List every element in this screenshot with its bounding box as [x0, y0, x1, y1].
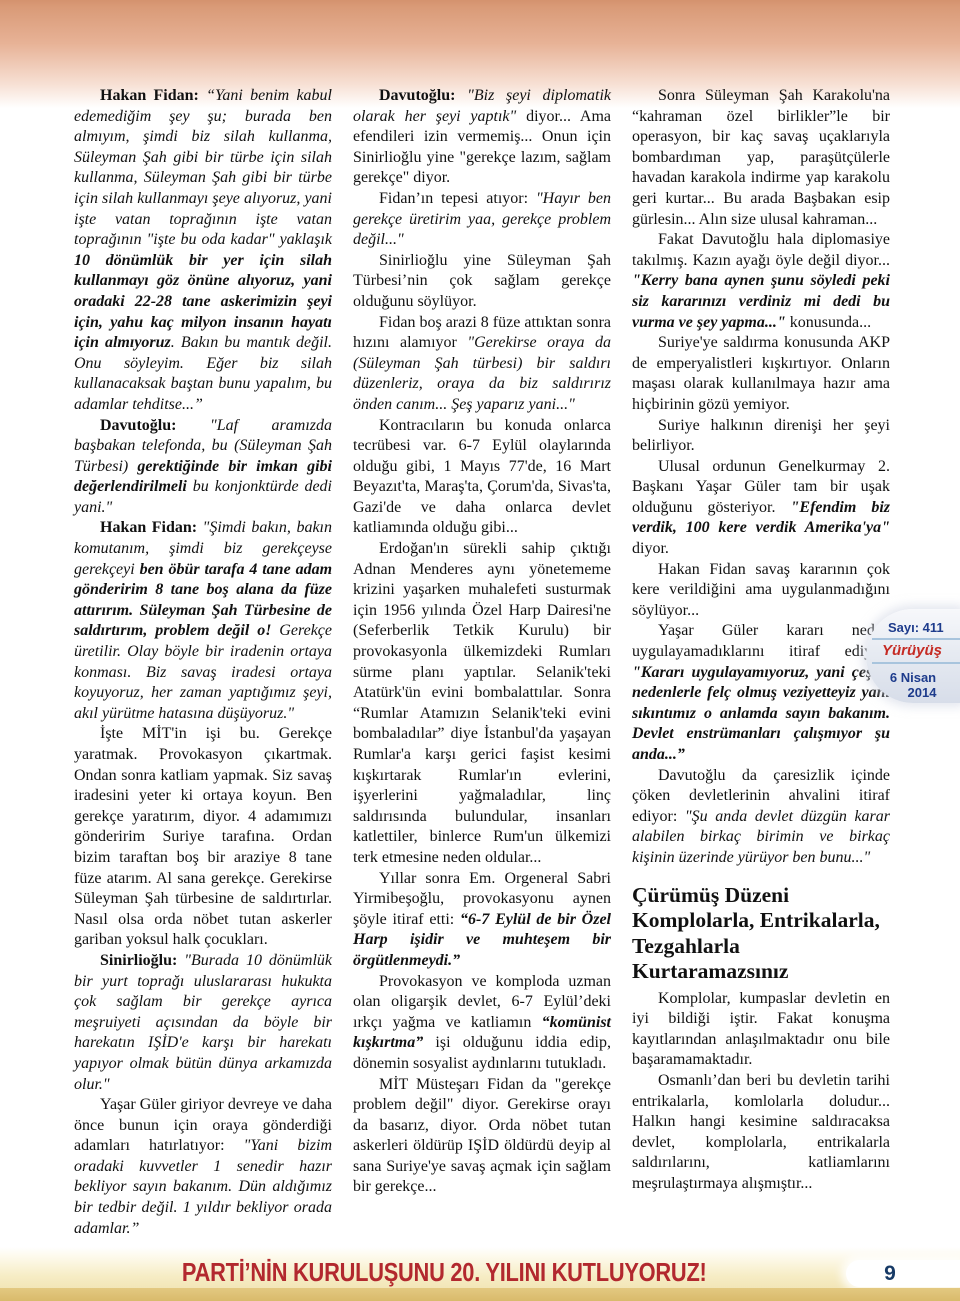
issue-date-line: 2014 [866, 685, 960, 700]
text-segment: Davutoğlu: [379, 87, 467, 104]
magazine-page: Hakan Fidan: “Yani benim kabul edemediği… [0, 0, 960, 1301]
text-segment: Komplolar, kumpaslar devletin en iyi bil… [632, 990, 890, 1069]
paragraph: Komplolar, kumpaslar devletin en iyi bil… [632, 989, 890, 1071]
text-segment: Hakan Fidan: [100, 519, 203, 536]
paragraph: Hakan Fidan savaş kararının çok kere ver… [632, 560, 890, 622]
paragraph: Hakan Fidan: “Yani benim kabul edemediği… [74, 86, 332, 416]
page-number-capsule: 9 [846, 1260, 960, 1287]
text-segment: Hakan Fidan savaş kararının çok kere ver… [632, 561, 890, 619]
issue-badge: Sayı: 411 Yürüyüş 6 Nisan 2014 [866, 609, 960, 703]
footer-bottom-strip [0, 1288, 960, 1301]
text-segment: Sinirlioğlu: [100, 952, 184, 969]
paragraph: Yaşar Güler giriyor devreye ve daha önce… [74, 1095, 332, 1239]
paragraph: Davutoğlu: "Laf aramızda başbakan telefo… [74, 416, 332, 519]
text-segment: İşte MİT'in işi bu. Gerekçe yaratmak. Pr… [74, 725, 332, 948]
paragraph: Yaşar Güler kararı neden uygulayamadıkla… [632, 621, 890, 765]
article-column-middle: Davutoğlu: "Biz şeyi diplomatik olarak h… [353, 86, 611, 1239]
paragraph: Provokasyon ve komploda uzman olan oliga… [353, 972, 611, 1075]
paragraph: Hakan Fidan: "Şimdi bakın, bakın komutan… [74, 518, 332, 724]
text-segment: "Burada 10 dönümlük bir yurt toprağı ulu… [74, 952, 332, 1093]
paragraph: Yıllar sonra Em. Orgeneral Sabri Yirmibe… [353, 869, 611, 972]
magazine-name: Yürüyüş [866, 642, 960, 659]
badge-divider [872, 662, 960, 664]
paragraph: Kontracıların bu konuda onlarca tecrübes… [353, 416, 611, 540]
text-segment: Davutoğlu: [100, 417, 210, 434]
text-segment: Yaşar Güler kararı neden uygulayamadıkla… [632, 622, 890, 660]
article-column-left: Hakan Fidan: “Yani benim kabul edemediği… [74, 86, 332, 1239]
issue-date: 6 Nisan 2014 [866, 666, 960, 700]
paragraph: Sinirlioğlu yine Süleyman Şah Türbesi’ni… [353, 251, 611, 313]
text-segment: “Yani benim kabul edemediğim şey şu; bur… [74, 87, 332, 248]
issue-number-label: Sayı: 411 [866, 609, 960, 635]
text-segment: Sinirlioğlu yine Süleyman Şah Türbesi’ni… [353, 252, 611, 310]
paragraph: İşte MİT'in işi bu. Gerekçe yaratmak. Pr… [74, 724, 332, 951]
paragraph: Davutoğlu: "Biz şeyi diplomatik olarak h… [353, 86, 611, 189]
text-segment: Suriye'ye saldırma konusunda AKP de empe… [632, 334, 890, 413]
paragraph: Fakat Davutoğlu hala diplomasiye takılmı… [632, 230, 890, 333]
text-segment: Fidan’ın tepesi atıyor: [379, 190, 536, 207]
text-segment: Suriye halkının direnişi her şeyi belirl… [632, 417, 890, 455]
article-column-right: Sonra Süleyman Şah Karakolu'na “kahraman… [632, 86, 890, 1239]
text-segment: Osmanlı’dan beri bu devletin tarihi entr… [632, 1072, 890, 1192]
text-segment: Hakan Fidan: [100, 87, 206, 104]
paragraph: Suriye halkının direnişi her şeyi belirl… [632, 416, 890, 457]
text-segment: "Kararı uygulayamıyoruz, yani çeşitli ne… [632, 664, 890, 763]
paragraph: Fidan boş arazi 8 füze attıktan sonra hı… [353, 313, 611, 416]
paragraph: Fidan’ın tepesi atıyor: "Hayır ben gerek… [353, 189, 611, 251]
paragraph: Davutoğlu da çaresizlik içinde çöken dev… [632, 766, 890, 869]
paragraph: Ulusal ordunun Genelkurmay 2. Başkanı Ya… [632, 457, 890, 560]
page-number: 9 [884, 1262, 896, 1286]
text-segment: Erdoğan'ın sürekli sahip çıktığı Adnan M… [353, 540, 611, 866]
text-segment: Sonra Süleyman Şah Karakolu'na “kahraman… [632, 87, 890, 228]
text-segment: MİT Müsteşarı Fidan da "gerekçe problem … [353, 1076, 611, 1196]
paragraph: Osmanlı’dan beri bu devletin tarihi entr… [632, 1071, 890, 1195]
text-segment: konusunda... [790, 314, 871, 331]
text-segment: diyor. [632, 540, 669, 557]
paragraph: MİT Müsteşarı Fidan da "gerekçe problem … [353, 1075, 611, 1199]
paragraph: Sonra Süleyman Şah Karakolu'na “kahraman… [632, 86, 890, 230]
footer: PARTİ’NİN KURULUŞUNU 20. YILINI KUTLUYOR… [0, 1247, 960, 1301]
section-heading: Çürümüş Düzeni Komplolarla, Entrikalarla… [632, 883, 890, 985]
text-segment: Fakat Davutoğlu hala diplomasiye takılmı… [632, 231, 890, 269]
paragraph: Erdoğan'ın sürekli sahip çıktığı Adnan M… [353, 539, 611, 869]
issue-date-line: 6 Nisan [866, 670, 960, 685]
paragraph: Suriye'ye saldırma konusunda AKP de empe… [632, 333, 890, 415]
text-segment: Çürümüş Düzeni Komplolarla, Entrikalarla… [632, 883, 880, 984]
badge-divider [872, 638, 960, 640]
text-segment: Kontracıların bu konuda onlarca tecrübes… [353, 417, 611, 537]
paragraph: Sinirlioğlu: "Burada 10 dönümlük bir yur… [74, 951, 332, 1095]
text-columns: Hakan Fidan: “Yani benim kabul edemediği… [74, 86, 890, 1239]
footer-slogan: PARTİ’NİN KURULUŞUNU 20. YILINI KUTLUYOR… [66, 1257, 822, 1288]
